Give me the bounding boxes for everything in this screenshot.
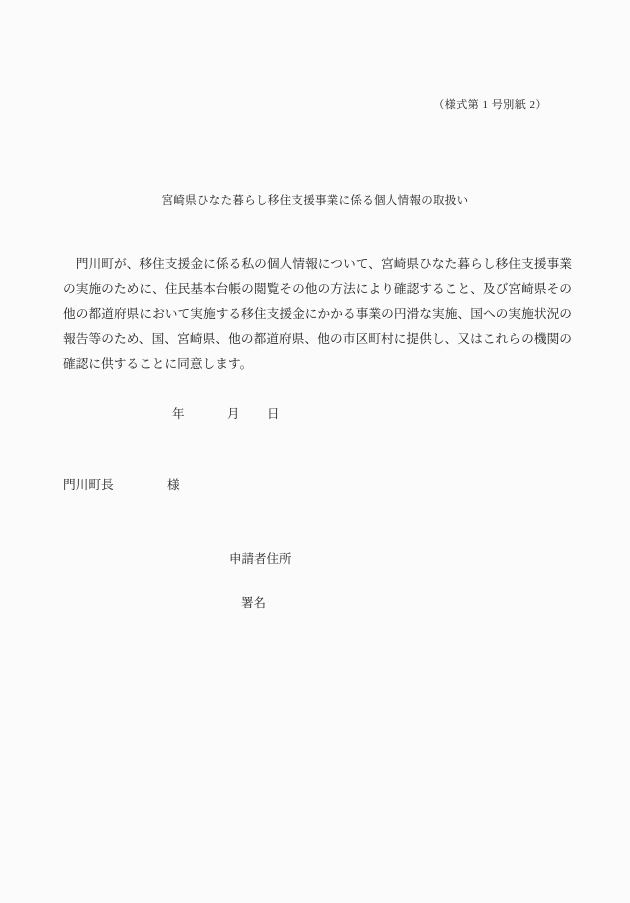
document-title: 宮崎県ひなた暮らし移住支援事業に係る個人情報の取扱い bbox=[0, 192, 630, 208]
document-page: （様式第 1 号別紙 2） 宮崎県ひなた暮らし移住支援事業に係る個人情報の取扱い… bbox=[0, 0, 630, 903]
paragraph-line: 門川町が、移住支援金に係る私の個人情報について、宮崎県ひなた暮らし移住支援事業 bbox=[63, 252, 572, 277]
paragraph-line: の実施のために、住民基本台帳の閲覧その他の方法により確認すること、及び宮崎県その bbox=[63, 277, 572, 302]
addressee-honorific: 様 bbox=[167, 474, 180, 493]
applicant-address-label: 申請者住所 bbox=[229, 549, 292, 567]
form-number: （様式第 1 号別紙 2） bbox=[433, 96, 547, 112]
signature-label: 署名 bbox=[241, 593, 266, 611]
paragraph-line: 確認に供することに同意します。 bbox=[63, 352, 572, 377]
date-year-label: 年 bbox=[172, 404, 185, 422]
date-month-label: 月 bbox=[227, 404, 240, 422]
consent-paragraph: 門川町が、移住支援金に係る私の個人情報について、宮崎県ひなた暮らし移住支援事業 … bbox=[63, 252, 572, 377]
addressee-name: 門川町長 bbox=[63, 474, 114, 493]
paragraph-line: 報告等のため、国、宮崎県、他の都道府県、他の市区町村に提供し、又はこれらの機関の bbox=[63, 327, 572, 352]
addressee-line: 門川町長 様 bbox=[0, 474, 630, 490]
date-line: 年 月 日 bbox=[0, 404, 630, 420]
date-day-label: 日 bbox=[267, 404, 280, 422]
paragraph-line: 他の都道府県において実施する移住支援金にかかる事業の円滑な実施、国への実施状況の bbox=[63, 302, 572, 327]
